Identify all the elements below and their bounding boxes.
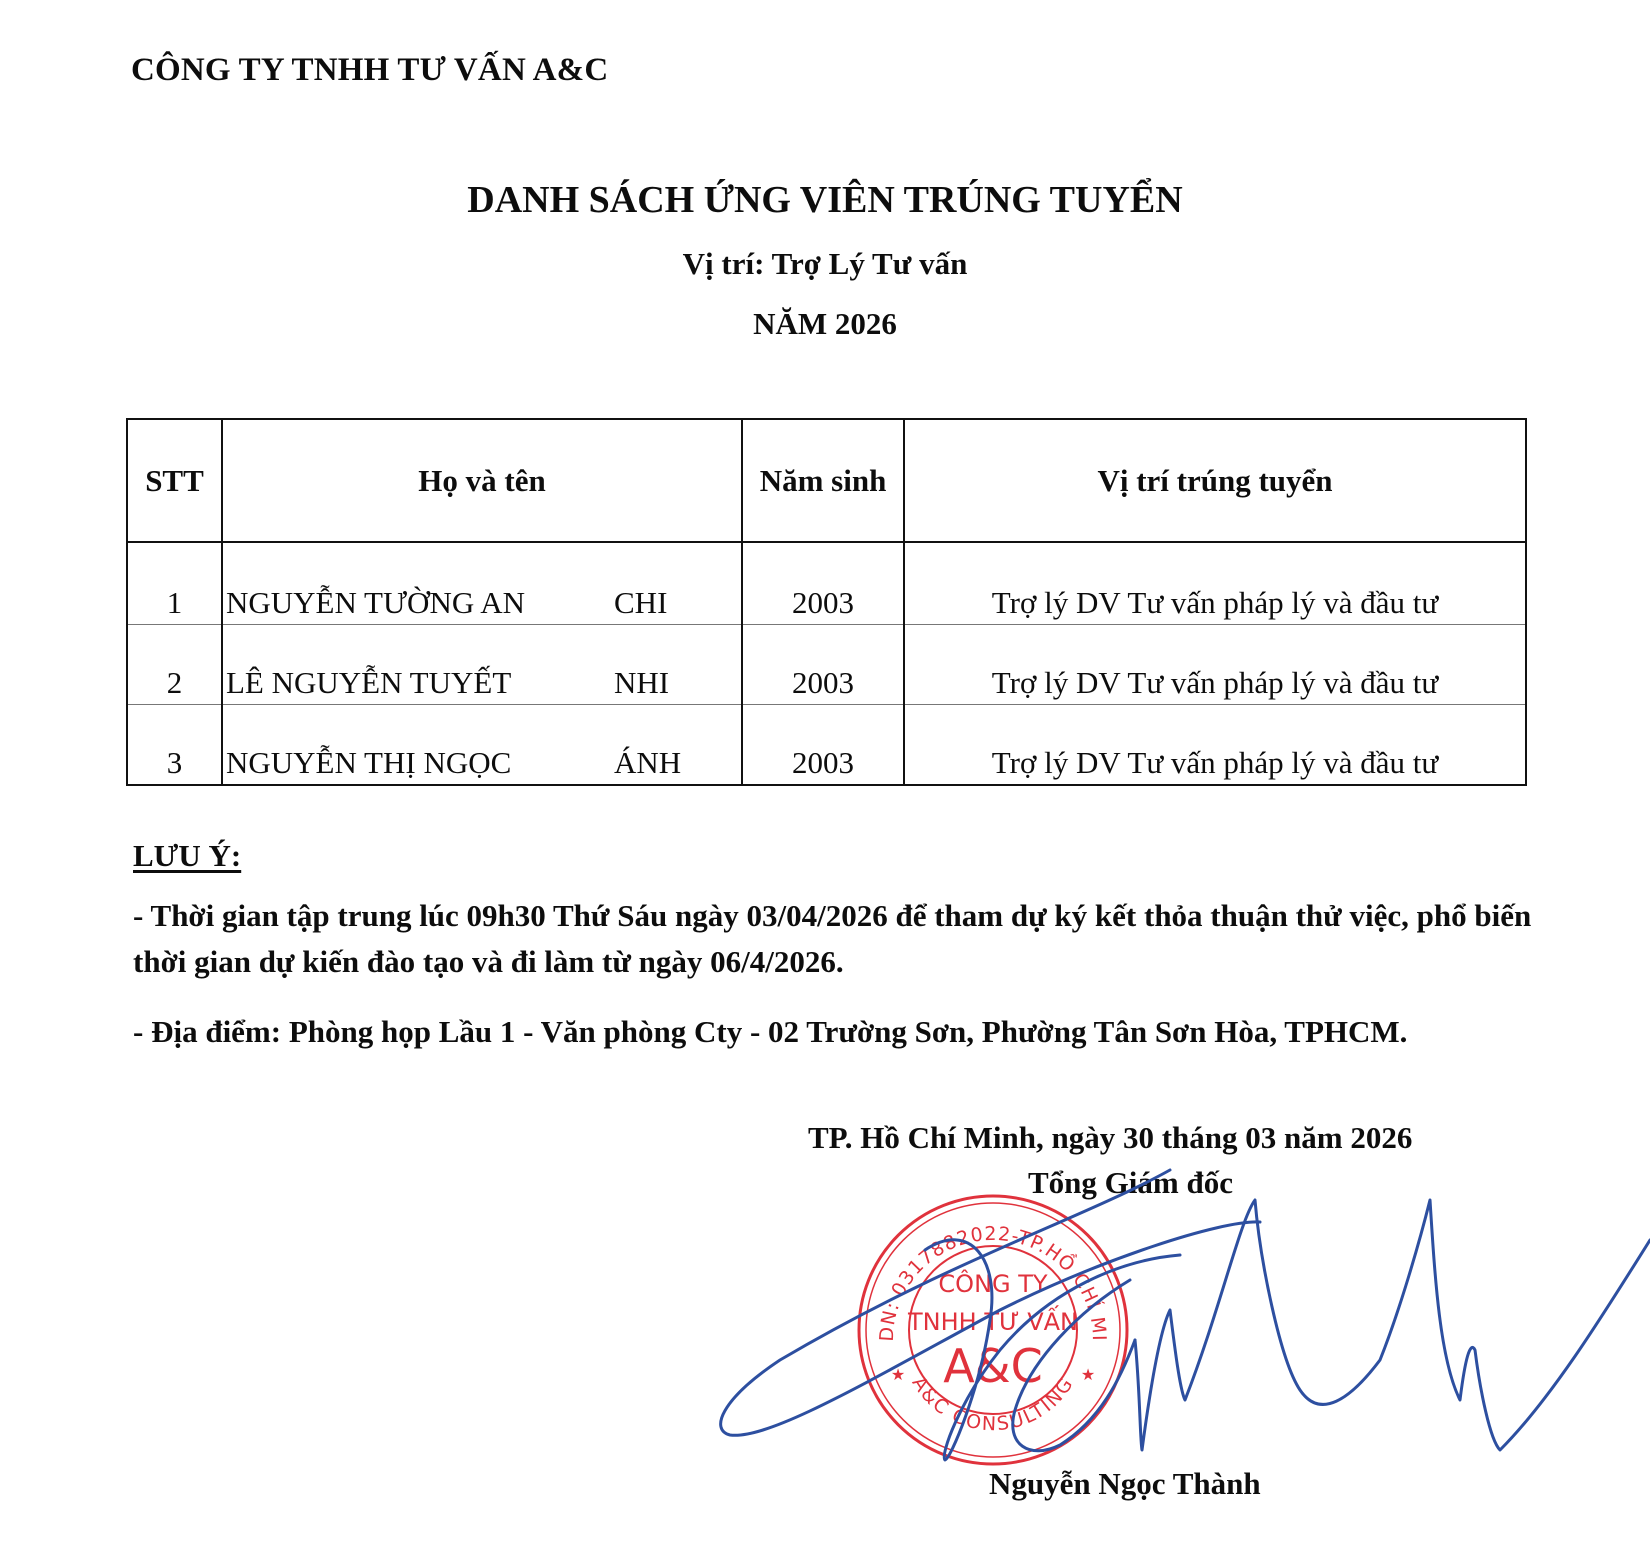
svg-text:CÔNG TY: CÔNG TY	[938, 1268, 1047, 1298]
svg-text:★: ★	[1081, 1365, 1095, 1384]
note-item-location: - Địa điểm: Phòng họp Lầu 1 - Văn phòng …	[133, 1014, 1533, 1050]
cell-birth-year: 2003	[742, 625, 904, 705]
cell-stt: 1	[127, 542, 222, 625]
table-row: 2 LÊ NGUYỄN TUYẾT NHI 2003 Trợ lý DV Tư …	[127, 625, 1526, 705]
cell-name: NGUYỄN THỊ NGỌC ÁNH	[222, 705, 742, 786]
table-row: 1 NGUYỄN TƯỜNG AN CHI 2003 Trợ lý DV Tư …	[127, 542, 1526, 625]
header-birth-year: Năm sinh	[742, 419, 904, 542]
cell-position: Trợ lý DV Tư vấn pháp lý và đầu tư	[904, 542, 1526, 625]
cell-name: LÊ NGUYỄN TUYẾT NHI	[222, 625, 742, 705]
svg-text:A&C: A&C	[943, 1339, 1042, 1393]
cell-position: Trợ lý DV Tư vấn pháp lý và đầu tư	[904, 625, 1526, 705]
svg-text:★: ★	[891, 1365, 905, 1384]
name-last-middle: NGUYỄN THỊ NGỌC	[226, 745, 614, 781]
svg-text:TNHH TƯ VẤN: TNHH TƯ VẤN	[907, 1304, 1078, 1336]
name-last-middle: NGUYỄN TƯỜNG AN	[226, 585, 614, 621]
table-row: 3 NGUYỄN THỊ NGỌC ÁNH 2003 Trợ lý DV Tư …	[127, 705, 1526, 786]
name-first: ÁNH	[614, 745, 681, 781]
position-subtitle: Vị trí: Trợ Lý Tư vấn	[0, 246, 1650, 282]
header-position: Vị trí trúng tuyển	[904, 419, 1526, 542]
table-header-row: STT Họ và tên Năm sinh Vị trí trúng tuyể…	[127, 419, 1526, 542]
company-name: CÔNG TY TNHH TƯ VẤN A&C	[131, 52, 608, 89]
note-item-time: - Thời gian tập trung lúc 09h30 Thứ Sáu …	[133, 893, 1533, 985]
signature-icon	[700, 1160, 1650, 1490]
year-label: NĂM 2026	[0, 306, 1650, 342]
name-first: CHI	[614, 585, 667, 621]
company-stamp-icon: MSDN: 0317882022-TP.HỒ CHÍ MINH A&C CONS…	[853, 1190, 1133, 1470]
document-title: DANH SÁCH ỨNG VIÊN TRÚNG TUYỂN	[0, 178, 1650, 222]
name-last-middle: LÊ NGUYỄN TUYẾT	[226, 665, 614, 701]
cell-name: NGUYỄN TƯỜNG AN CHI	[222, 542, 742, 625]
signer-name: Nguyễn Ngọc Thành	[989, 1466, 1261, 1502]
notes-heading: LƯU Ý:	[133, 838, 241, 874]
cell-birth-year: 2003	[742, 542, 904, 625]
place-date: TP. Hồ Chí Minh, ngày 30 tháng 03 năm 20…	[808, 1120, 1412, 1156]
header-stt: STT	[127, 419, 222, 542]
header-name: Họ và tên	[222, 419, 742, 542]
cell-birth-year: 2003	[742, 705, 904, 786]
cell-stt: 3	[127, 705, 222, 786]
name-first: NHI	[614, 665, 669, 701]
candidate-table: STT Họ và tên Năm sinh Vị trí trúng tuyể…	[126, 418, 1527, 786]
cell-stt: 2	[127, 625, 222, 705]
cell-position: Trợ lý DV Tư vấn pháp lý và đầu tư	[904, 705, 1526, 786]
